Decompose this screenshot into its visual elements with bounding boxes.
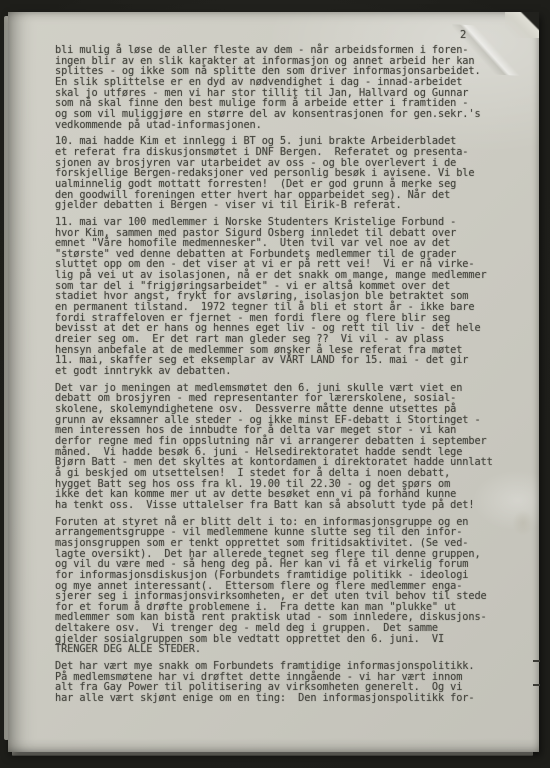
text-line: har alle vært skjønt enige om en ting: D… — [55, 693, 517, 704]
text-line: og som vil muliggjøre en større del av k… — [55, 109, 517, 120]
page-edge-mark — [533, 684, 540, 686]
text-line: ualminnelig godt mottatt forresten! (Det… — [55, 179, 517, 190]
text-line: masjonsgruppen som er tenkt opprettet so… — [55, 538, 517, 549]
text-line: et godt inntrykk av debatten. — [55, 366, 517, 377]
text-line: å gi beskjed om utsettelsen! I stedet fo… — [55, 468, 517, 479]
page-number: 2 — [460, 29, 466, 41]
typewritten-text: bli mulig å løse de aller fleste av dem … — [55, 45, 517, 710]
text-line: gjelder debatten i Bergen - viser vi til… — [55, 200, 517, 211]
text-line: ha tenkt oss. Visse uttalelser fra Batt … — [55, 500, 517, 511]
page-edge-mark — [533, 660, 540, 662]
text-line: TRENGER DEG ALLE STEDER. — [55, 644, 517, 655]
text-line: for informasjonsdiskusjon (Forbundets fr… — [55, 570, 517, 581]
paragraph: Det har vært mye snakk om Forbundets fra… — [55, 661, 517, 704]
scanned-page: 2 bli mulig å løse de aller fleste av de… — [8, 12, 539, 752]
scanned-document-photo: 2 bli mulig å løse de aller fleste av de… — [0, 0, 550, 768]
paragraph: 10. mai hadde Kim et innlegg i BT og 5. … — [55, 136, 517, 211]
text-line: 11. mai var 100 medlemmer i Norske Stude… — [55, 217, 517, 228]
text-line: et referat fra diskusjonsmøtet i DNF Ber… — [55, 147, 517, 158]
page-corner-fold — [505, 12, 539, 38]
paragraph: 11. mai var 100 medlemmer i Norske Stude… — [55, 217, 517, 377]
paragraph: Foruten at styret nå er blitt delt i to:… — [55, 517, 517, 656]
paragraph: bli mulig å løse de aller fleste av dem … — [55, 45, 517, 130]
text-line: vedkommende på utad-informasjonen. — [55, 120, 517, 131]
paragraph: Det var jo meningen at medlemsmøtet den … — [55, 383, 517, 511]
